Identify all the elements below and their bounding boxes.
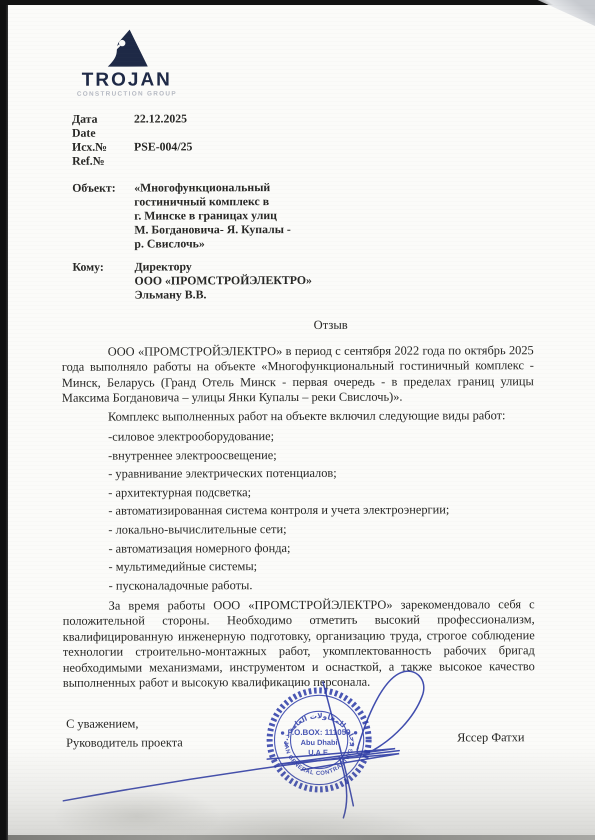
object-value-line: г. Минске в границах улиц [134,208,291,223]
addressee-block: Кому:ДиректоруООО «ПРОМСТРОЙЭЛЕКТРО»Эльм… [72,259,312,302]
trojan-horse-logo-icon [105,29,149,69]
object-value-line: М. Богдановича- Я. Купалы - [134,222,291,237]
object-value-line: гостиничный комплекс в [134,194,291,209]
logo-tagline-text: CONSTRUCTION GROUP [71,90,183,98]
object-label: Объект: [72,181,134,195]
ref-label-ru: Исх.№ [72,140,134,154]
object-block: Объект:«Многофункциональныйгостиничный к… [72,180,291,251]
addressee-value-line: Эльману В.В. [135,287,312,302]
object-value-line: «Многофункциональный [134,180,291,195]
date-label-ru: Дата [72,112,134,126]
work-item: - архитектурная подсветка; [62,482,534,502]
work-item: - автоматизация номерного фонда; [62,538,534,558]
paragraph-project-period: ООО «ПРОМСТРОЙЭЛЕКТРО» в период с сентяб… [62,343,534,406]
works-intro: Комплекс выполненных работ на объекте вк… [62,408,534,425]
work-item: - автоматизированная система контроля и … [62,501,534,521]
work-item: - локально-вычислительные сети; [62,519,534,539]
addressee-value-line: Директору [134,259,311,274]
addressee-value-line: ООО «ПРОМСТРОЙЭЛЕКТРО» [134,273,311,288]
company-logo: TROJAN CONSTRUCTION GROUP [71,28,183,98]
handwritten-signature [41,647,522,829]
addressee-value: ДиректоруООО «ПРОМСТРОЙЭЛЕКТРО»Эльману В… [134,259,312,302]
ref-value: PSE-004/25 [134,139,192,153]
work-item: - мультимедийные системы; [62,556,534,576]
scan-edge-left [0,0,8,840]
ref-label-en: Ref.№ [72,154,134,168]
date-ref-block: Дата22.12.2025 Date Исх.№PSE-004/25 Ref.… [72,111,193,167]
object-value-line: р. Свислочь» [134,236,291,251]
scanned-letter-page: TROJAN CONSTRUCTION GROUP Дата22.12.2025… [0,0,595,840]
date-label-en: Date [72,126,134,140]
scan-edge-bottom [8,835,595,840]
scan-edge-top [0,0,595,5]
addressee-label: Кому: [72,260,134,274]
work-item: - уравнивание электрических потенциалов; [62,463,534,483]
ref-row-en: Ref.№ [72,153,192,167]
date-row-en: Date [72,125,192,139]
date-row: Дата22.12.2025 [72,111,192,125]
letter-content: TROJAN CONSTRUCTION GROUP Дата22.12.2025… [0,0,595,840]
logo-brand-text: TROJAN [71,70,183,90]
work-item: -силовое электрооборудование; [62,426,534,446]
works-list: -силовое электрооборудование;-внутреннее… [62,426,535,595]
object-value: «Многофункциональныйгостиничный комплекс… [134,180,291,251]
date-value: 22.12.2025 [134,111,187,125]
work-item: - пусконаладочные работы. [63,575,535,595]
work-item: -внутреннее электроосвещение; [62,445,534,465]
ref-row: Исх.№PSE-004/25 [72,139,192,153]
letter-title: Отзыв [62,317,534,334]
